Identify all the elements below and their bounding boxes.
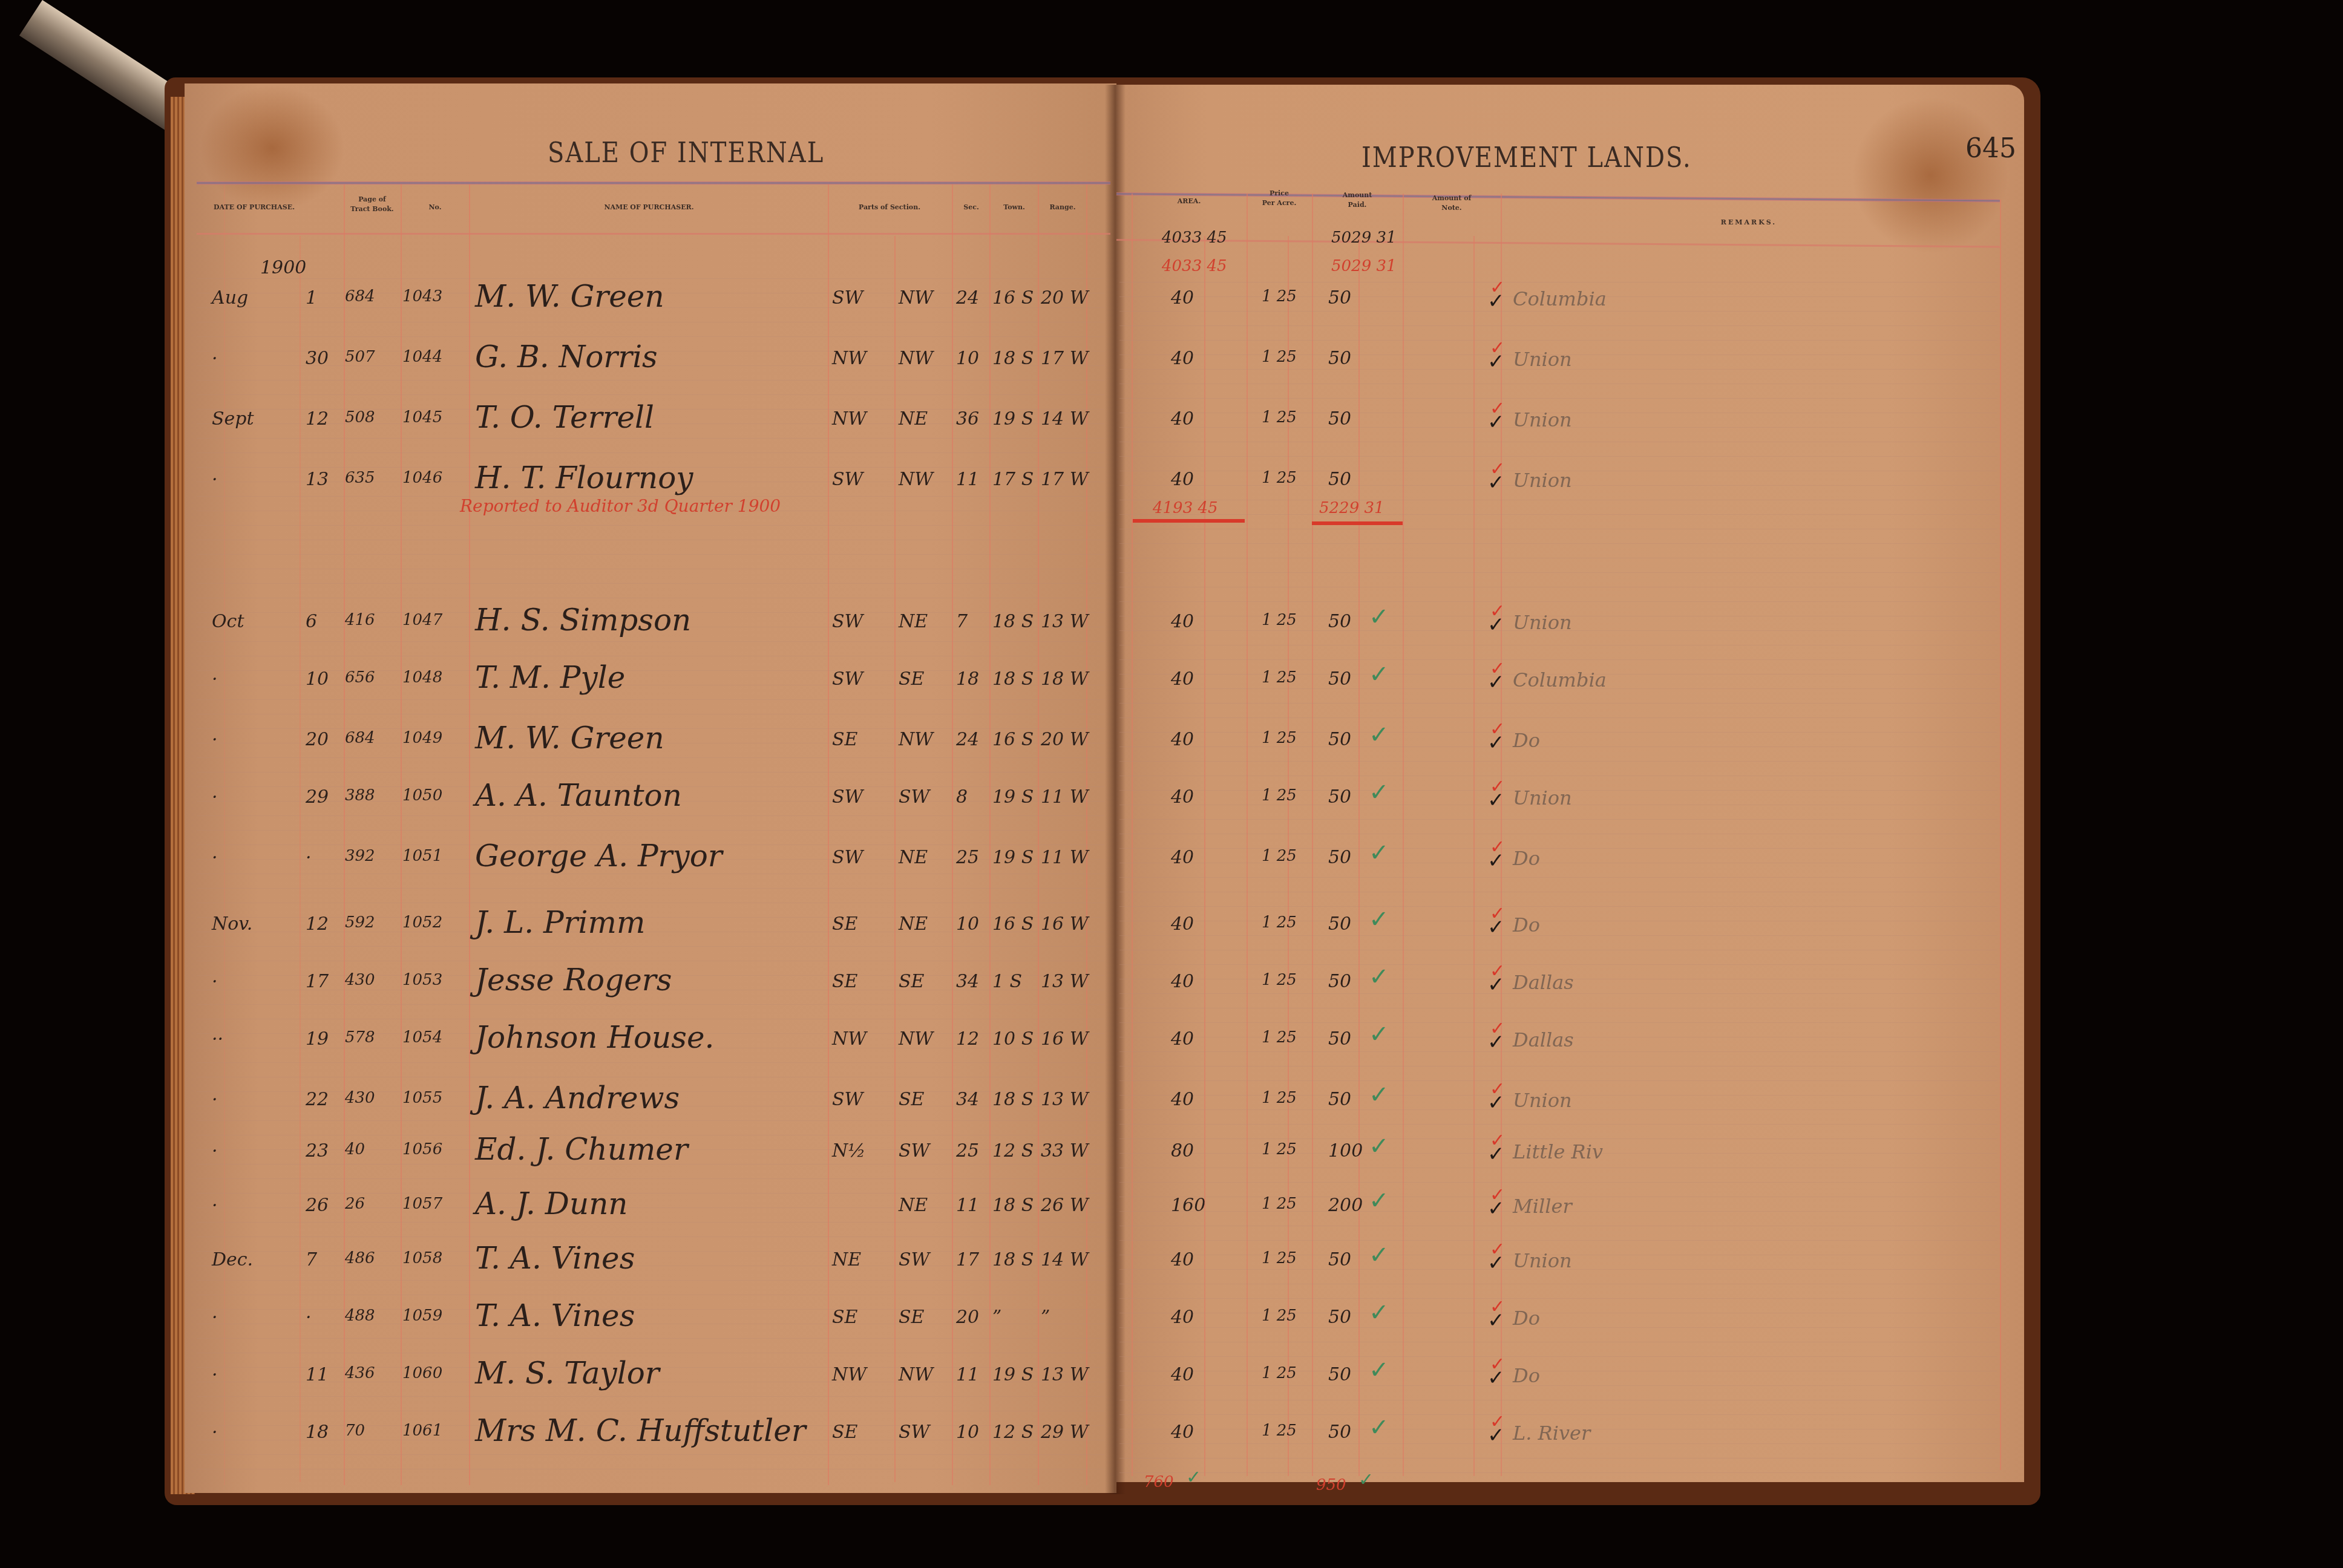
- entry-tract-page: 592: [345, 913, 375, 932]
- entry-day: 10: [306, 668, 329, 690]
- entry-area: 40: [1171, 611, 1194, 632]
- col-header-tract-page-2: Tract Book.: [345, 204, 399, 214]
- entry-town: 19 S: [992, 408, 1034, 430]
- ruled-line: [1119, 834, 1997, 834]
- black-check-icon: ✓: [1487, 733, 1505, 753]
- entry-tract-page: 508: [345, 408, 375, 426]
- ruled-line: [1119, 935, 1997, 936]
- entry-range: 11 W: [1041, 847, 1089, 868]
- entry-remark: Dallas: [1513, 971, 1574, 994]
- entry-month: ·: [212, 1364, 218, 1385]
- entry-range: 26 W: [1041, 1195, 1089, 1216]
- entry-day: 17: [306, 971, 329, 992]
- entry-area: 40: [1171, 913, 1194, 935]
- entry-amount-paid: 50: [1328, 847, 1351, 868]
- entry-tract-page: 430: [345, 1089, 375, 1107]
- entry-number: 1055: [402, 1089, 442, 1107]
- entry-tract-page: 70: [345, 1422, 365, 1440]
- black-check-icon: ✓: [1487, 472, 1505, 493]
- entry-price-per-acre: 1 25: [1262, 1249, 1297, 1267]
- ruled-line: [197, 452, 1104, 453]
- entry-part-2: NE: [899, 408, 928, 430]
- bottom-total-area: 760: [1144, 1473, 1174, 1491]
- ruled-line: [1119, 877, 1997, 878]
- ruled-line: [1119, 587, 1997, 587]
- black-check-icon: ✓: [1487, 1425, 1505, 1446]
- entry-tract-page: 26: [345, 1195, 365, 1213]
- black-check-icon: ✓: [1487, 1144, 1505, 1165]
- right-page-title: IMPROVEMENT LANDS.: [1362, 142, 1692, 174]
- entry-number: 1051: [402, 847, 442, 865]
- entry-range: 17 W: [1041, 348, 1089, 369]
- ruled-line: [197, 598, 1104, 598]
- ruled-line: [197, 1236, 1104, 1237]
- page-number: 645: [1965, 133, 2016, 164]
- black-check-icon: ✓: [1487, 1253, 1505, 1273]
- ruled-line: [197, 322, 1104, 322]
- ruled-line: [1119, 1138, 1997, 1139]
- entry-purchaser-name: M. W. Green: [475, 279, 664, 314]
- ruled-line: [1119, 848, 1997, 849]
- ruled-line: [197, 1193, 1104, 1194]
- entry-area: 40: [1171, 1364, 1194, 1385]
- entry-town: 18 S: [992, 611, 1034, 632]
- ruled-line: [1119, 1472, 1997, 1473]
- black-check-icon: ✓: [1487, 975, 1505, 995]
- entry-day: 29: [306, 786, 329, 808]
- ruled-line: [1119, 819, 1997, 820]
- entry-amount-paid: 50: [1328, 668, 1351, 690]
- entry-tract-page: 430: [345, 971, 375, 989]
- entry-price-per-acre: 1 25: [1262, 847, 1297, 865]
- entry-part-1: SW: [832, 1089, 863, 1110]
- col-header-note-2: Note.: [1404, 203, 1499, 213]
- black-check-icon: ✓: [1487, 917, 1505, 938]
- entry-month: ·: [212, 1307, 218, 1328]
- entry-remark: Union: [1513, 469, 1572, 492]
- ruled-line: [1119, 340, 1997, 341]
- col-header-note: Amount of: [1404, 194, 1499, 203]
- quarter-report-note: Reported to Auditor 3d Quarter 1900: [460, 496, 781, 516]
- ruled-line: [197, 1469, 1104, 1469]
- ruled-line: [1119, 529, 1997, 529]
- col-header-price-2: Per Acre.: [1248, 198, 1311, 208]
- left-page-title: SALE OF INTERNAL: [548, 137, 824, 169]
- ruled-line: [1119, 732, 1997, 733]
- black-check-icon: ✓: [1487, 412, 1505, 433]
- entry-part-2: NW: [899, 1364, 933, 1385]
- col-header-amount-paid: Amount: [1313, 191, 1401, 200]
- entry-part-2: NW: [899, 469, 933, 490]
- entry-day: ·: [306, 847, 312, 868]
- ruled-line: [197, 1396, 1104, 1397]
- entry-day: 18: [306, 1422, 329, 1443]
- entry-section: 25: [956, 847, 979, 868]
- entry-tract-page: 635: [345, 469, 375, 487]
- entry-section: 7: [956, 611, 968, 632]
- col-line: [1473, 236, 1475, 1476]
- entry-amount-paid: 50: [1328, 729, 1351, 750]
- ruled-line: [197, 641, 1104, 642]
- entry-town: 18 S: [992, 348, 1034, 369]
- col-header-range: Range.: [1039, 203, 1086, 212]
- entry-section: 36: [956, 408, 979, 430]
- ruled-line: [197, 380, 1104, 381]
- entry-part-2: NE: [899, 913, 928, 935]
- entry-section: 10: [956, 348, 979, 369]
- ruled-line: [197, 1019, 1104, 1019]
- header-rule-left: [197, 181, 1110, 185]
- entry-purchaser-name: George A. Pryor: [475, 838, 723, 874]
- entry-month: ·: [212, 1422, 218, 1443]
- entry-month: Sept: [212, 408, 254, 430]
- ruled-line: [1119, 601, 1997, 602]
- entry-number: 1044: [402, 348, 442, 366]
- entry-section: 24: [956, 729, 979, 750]
- entry-section: 18: [956, 668, 979, 690]
- entry-number: 1053: [402, 971, 442, 989]
- entry-range: ”: [1041, 1307, 1050, 1328]
- ruled-line: [197, 1353, 1104, 1353]
- col-header-name: NAME OF PURCHASER.: [472, 203, 826, 212]
- entry-range: 20 W: [1041, 729, 1089, 750]
- entry-part-1: NE: [832, 1249, 861, 1270]
- ruled-line: [197, 656, 1104, 656]
- entry-price-per-acre: 1 25: [1262, 1089, 1297, 1107]
- water-stain-right: [1852, 97, 2009, 254]
- entry-day: 11: [306, 1364, 329, 1385]
- ruled-line: [1119, 325, 1997, 326]
- entry-tract-page: 488: [345, 1307, 375, 1325]
- ruled-line: [1119, 572, 1997, 573]
- entry-part-2: NW: [899, 729, 933, 750]
- ruled-line: [197, 336, 1104, 337]
- green-check-icon: ✓: [1369, 1301, 1389, 1325]
- entry-part-2: NW: [899, 348, 933, 369]
- entry-price-per-acre: 1 25: [1262, 1307, 1297, 1325]
- entry-price-per-acre: 1 25: [1262, 668, 1297, 687]
- entry-purchaser-name: J. A. Andrews: [475, 1080, 680, 1116]
- ruled-line: [197, 772, 1104, 773]
- ruled-line: [1119, 1124, 1997, 1125]
- entry-purchaser-name: H. S. Simpson: [475, 603, 691, 638]
- ruled-line: [1119, 717, 1997, 718]
- entry-section: 11: [956, 469, 979, 490]
- entry-area: 40: [1171, 348, 1194, 369]
- entry-part-2: SW: [899, 786, 929, 808]
- entry-purchaser-name: Johnson House.: [475, 1020, 714, 1055]
- ruled-line: [1119, 921, 1997, 921]
- entry-part-1: SW: [832, 847, 863, 868]
- entry-number: 1043: [402, 287, 442, 305]
- entry-part-2: SE: [899, 1307, 924, 1328]
- entry-tract-page: 578: [345, 1028, 375, 1047]
- entry-range: 14 W: [1041, 408, 1089, 430]
- entry-section: 8: [956, 786, 968, 808]
- entry-number: 1054: [402, 1028, 442, 1047]
- entry-range: 17 W: [1041, 469, 1089, 490]
- col-header-remarks: REMARKS.: [1501, 218, 1997, 227]
- entry-area: 160: [1171, 1195, 1205, 1216]
- entry-part-2: SE: [899, 971, 924, 992]
- ruled-line: [1119, 514, 1997, 515]
- entry-part-1: SW: [832, 668, 863, 690]
- entry-amount-paid: 50: [1328, 1089, 1351, 1110]
- entry-amount-paid: 50: [1328, 1307, 1351, 1328]
- entry-remark: Union: [1513, 1249, 1572, 1272]
- ruled-line: [197, 874, 1104, 874]
- entry-tract-page: 507: [345, 348, 375, 366]
- ruled-line: [1119, 1168, 1997, 1168]
- entry-area: 40: [1171, 1028, 1194, 1050]
- entry-section: 20: [956, 1307, 979, 1328]
- entry-price-per-acre: 1 25: [1262, 729, 1297, 747]
- ruled-line: [1119, 558, 1997, 558]
- entry-part-1: NW: [832, 348, 867, 369]
- entry-remark: Do: [1513, 847, 1540, 870]
- ruled-line: [197, 815, 1104, 816]
- black-check-icon: ✓: [1487, 351, 1505, 372]
- entry-purchaser-name: A. A. Taunton: [475, 778, 682, 813]
- entry-day: 19: [306, 1028, 329, 1050]
- entry-range: 20 W: [1041, 287, 1089, 309]
- entry-number: 1057: [402, 1195, 442, 1213]
- entry-area: 40: [1171, 408, 1194, 430]
- ruled-line: [1119, 456, 1997, 457]
- ruled-line: [197, 699, 1104, 700]
- entry-area: 40: [1171, 971, 1194, 992]
- entry-price-per-acre: 1 25: [1262, 1028, 1297, 1047]
- ruled-line: [1119, 500, 1997, 500]
- entry-number: 1045: [402, 408, 442, 426]
- entry-number: 1050: [402, 786, 442, 805]
- col-header-amount-paid-2: Paid.: [1313, 200, 1401, 210]
- entry-section: 11: [956, 1195, 979, 1216]
- entry-section: 25: [956, 1140, 979, 1161]
- green-check-icon: ✓: [1369, 1416, 1389, 1440]
- black-check-icon: ✓: [1487, 1198, 1505, 1219]
- entry-part-2: NE: [899, 1195, 928, 1216]
- carried-forward-area-red: 4033 45: [1162, 257, 1227, 275]
- bottom-total-paid: 950: [1316, 1476, 1346, 1494]
- ruled-line: [1119, 906, 1997, 907]
- col-header-number: No.: [402, 203, 468, 212]
- green-check-icon: ✓: [1369, 841, 1389, 865]
- entry-part-1: SE: [832, 729, 857, 750]
- entry-part-1: SE: [832, 1307, 857, 1328]
- carried-forward-paid-red: 5029 31: [1331, 257, 1397, 275]
- ruled-line: [1119, 659, 1997, 660]
- entry-number: 1049: [402, 729, 442, 747]
- entry-part-1: N½: [832, 1140, 865, 1161]
- entry-month: ··: [212, 1028, 223, 1050]
- entry-part-1: NW: [832, 408, 867, 430]
- ruled-line: [1119, 282, 1997, 283]
- entry-range: 13 W: [1041, 971, 1089, 992]
- total-underline-paid: [1312, 521, 1403, 525]
- green-check-icon: ✓: [1369, 780, 1389, 805]
- quarter-total-paid: 5229 31: [1319, 499, 1384, 517]
- entry-town: 12 S: [992, 1140, 1034, 1161]
- entry-amount-paid: 50: [1328, 348, 1351, 369]
- entry-range: 13 W: [1041, 611, 1089, 632]
- col-header-sec: Sec.: [953, 203, 989, 212]
- entry-area: 40: [1171, 729, 1194, 750]
- ruled-line: [1119, 1080, 1997, 1081]
- ruled-line: [1119, 442, 1997, 442]
- entry-area: 40: [1171, 469, 1194, 490]
- ruled-line: [1119, 1458, 1997, 1459]
- entry-remark: Union: [1513, 611, 1572, 634]
- entry-purchaser-name: Ed. J. Chumer: [475, 1132, 688, 1167]
- ruled-line: [1119, 1313, 1997, 1313]
- year-label: 1900: [260, 257, 306, 278]
- col-line: [1204, 236, 1205, 1476]
- ruled-line: [197, 888, 1104, 889]
- entry-purchaser-name: T. A. Vines: [475, 1298, 635, 1333]
- entry-tract-page: 684: [345, 287, 375, 305]
- entry-remark: Columbia: [1513, 287, 1607, 310]
- entry-town: 18 S: [992, 1195, 1034, 1216]
- entry-month: ·: [212, 1195, 218, 1216]
- column-header-rule-left: [197, 233, 1110, 235]
- entry-purchaser-name: A. J. Dunn: [475, 1186, 628, 1221]
- entry-part-2: SW: [899, 1422, 929, 1443]
- black-check-icon: ✓: [1487, 672, 1505, 693]
- entry-amount-paid: 50: [1328, 408, 1351, 430]
- entry-number: 1048: [402, 668, 442, 687]
- entry-month: Dec.: [212, 1249, 253, 1270]
- entry-purchaser-name: T. M. Pyle: [475, 660, 625, 695]
- ruled-line: [197, 1062, 1104, 1063]
- entry-purchaser-name: J. L. Primm: [475, 905, 645, 940]
- entry-remark: Do: [1513, 729, 1540, 752]
- entry-town: 19 S: [992, 847, 1034, 868]
- col-header-price: Price: [1248, 189, 1311, 198]
- entry-area: 40: [1171, 668, 1194, 690]
- ruled-line: [1119, 1240, 1997, 1241]
- col-line: [2000, 200, 2001, 1470]
- entry-month: ·: [212, 668, 218, 690]
- carried-forward-area: 4033 45: [1162, 229, 1227, 247]
- entry-month: ·: [212, 469, 218, 490]
- entry-town: 12 S: [992, 1422, 1034, 1443]
- ruled-line: [197, 830, 1104, 831]
- entry-month: ·: [212, 971, 218, 992]
- entry-part-2: SE: [899, 668, 924, 690]
- entry-town: 18 S: [992, 1249, 1034, 1270]
- ruled-line: [197, 525, 1104, 526]
- entry-area: 40: [1171, 847, 1194, 868]
- entry-month: Nov.: [212, 913, 252, 935]
- entry-price-per-acre: 1 25: [1262, 913, 1297, 932]
- green-check-icon: ✓: [1369, 723, 1389, 747]
- ruled-line: [1119, 1342, 1997, 1342]
- entry-day: 13: [306, 469, 329, 490]
- black-check-icon: ✓: [1487, 1368, 1505, 1388]
- ruled-line: [1119, 950, 1997, 950]
- entry-town: 17 S: [992, 469, 1034, 490]
- black-check-icon: ✓: [1487, 1093, 1505, 1113]
- entry-town: 18 S: [992, 668, 1034, 690]
- col-line: [1358, 236, 1360, 1476]
- entry-number: 1061: [402, 1422, 442, 1440]
- ruled-line: [197, 1280, 1104, 1281]
- entry-remark: Do: [1513, 913, 1540, 936]
- black-check-icon: ✓: [1487, 291, 1505, 312]
- entry-number: 1060: [402, 1364, 442, 1382]
- entry-price-per-acre: 1 25: [1262, 611, 1297, 629]
- green-check-icon: ✓: [1358, 1471, 1374, 1489]
- entry-part-1: SE: [832, 913, 857, 935]
- entry-day: 12: [306, 913, 329, 935]
- black-check-icon: ✓: [1487, 790, 1505, 811]
- entry-month: ·: [212, 348, 218, 369]
- entry-amount-paid: 50: [1328, 469, 1351, 490]
- entry-town: 16 S: [992, 913, 1034, 935]
- ruled-line: [1119, 1414, 1997, 1415]
- entry-range: 18 W: [1041, 668, 1089, 690]
- entry-tract-page: 436: [345, 1364, 375, 1382]
- entry-price-per-acre: 1 25: [1262, 287, 1297, 305]
- green-check-icon: ✓: [1369, 605, 1389, 629]
- entry-day: 20: [306, 729, 329, 750]
- ruled-line: [1119, 863, 1997, 863]
- quarter-total-area: 4193 45: [1153, 499, 1218, 517]
- entry-part-1: NW: [832, 1028, 867, 1050]
- entry-purchaser-name: Jesse Rogers: [475, 962, 672, 998]
- total-underline-area: [1133, 519, 1245, 523]
- entry-range: 11 W: [1041, 786, 1089, 808]
- entry-tract-page: 416: [345, 611, 375, 629]
- entry-section: 24: [956, 287, 979, 309]
- entry-amount-paid: 50: [1328, 913, 1351, 935]
- entry-month: ·: [212, 1140, 218, 1161]
- entry-town: 16 S: [992, 287, 1034, 309]
- entry-part-2: SW: [899, 1140, 929, 1161]
- entry-month: Oct: [212, 611, 244, 632]
- entry-amount-paid: 50: [1328, 786, 1351, 808]
- entry-range: 16 W: [1041, 1028, 1089, 1050]
- entry-purchaser-name: G. B. Norris: [475, 339, 658, 374]
- entry-number: 1058: [402, 1249, 442, 1267]
- entry-purchaser-name: Mrs M. C. Huffstutler: [475, 1413, 806, 1448]
- ruled-line: [197, 1295, 1104, 1295]
- entry-town: 19 S: [992, 1364, 1034, 1385]
- entry-part-2: SW: [899, 1249, 929, 1270]
- entry-price-per-acre: 1 25: [1262, 786, 1297, 805]
- green-check-icon: ✓: [1369, 1083, 1389, 1107]
- entry-tract-page: 392: [345, 847, 375, 865]
- entry-day: 30: [306, 348, 329, 369]
- black-check-icon: ✓: [1487, 1032, 1505, 1053]
- ruled-line: [197, 1178, 1104, 1179]
- entry-price-per-acre: 1 25: [1262, 348, 1297, 366]
- entry-range: 33 W: [1041, 1140, 1089, 1161]
- ruled-line: [1119, 1226, 1997, 1226]
- entry-remark: Miller: [1513, 1195, 1572, 1218]
- entry-price-per-acre: 1 25: [1262, 1195, 1297, 1213]
- ruled-line: [1119, 703, 1997, 704]
- green-check-icon: ✓: [1369, 662, 1389, 687]
- entry-tract-page: 388: [345, 786, 375, 805]
- ruled-line: [1119, 1182, 1997, 1183]
- entry-amount-paid: 200: [1328, 1195, 1363, 1216]
- entry-purchaser-name: T. A. Vines: [475, 1241, 635, 1276]
- ruled-line: [1119, 384, 1997, 384]
- col-header-parts: Parts of Section.: [829, 203, 950, 212]
- ruled-line: [1119, 398, 1997, 399]
